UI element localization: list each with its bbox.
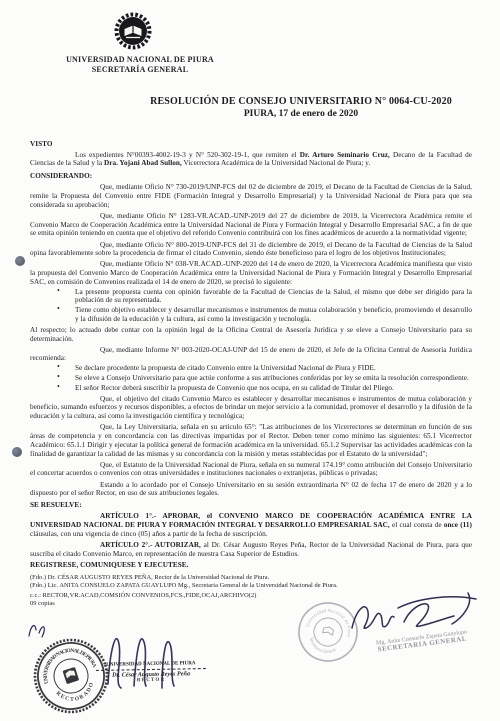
bullet-item: La presente propuesta cuenta con opinión… bbox=[30, 288, 472, 305]
bullet-item: El señor Rector deberá suscribir la prop… bbox=[30, 384, 472, 393]
considerando-paragraph: Que, mediante Oficio N° 1283-VR.ACAD.-UN… bbox=[30, 212, 472, 238]
considerando-paragraph: Que, la Ley Universitaria, señala en su … bbox=[30, 423, 472, 458]
seal-bottom-text: Secretaría General bbox=[306, 636, 339, 657]
university-logo-icon bbox=[112, 10, 154, 56]
letterhead: UNIVERSIDAD NACIONAL DE PIURA SECRETARÍA… bbox=[48, 55, 232, 74]
ink-dot-icon bbox=[12, 447, 22, 457]
considerando-paragraph: Que, el objetivo del citado Convenio Mar… bbox=[30, 395, 472, 421]
considerando-paragraph: Al respecto; lo actuado debe contar con … bbox=[30, 326, 472, 343]
handwritten-mark-icon bbox=[26, 620, 48, 640]
considerando-paragraph: Que, mediante Oficio N° 800-2019-UNP-FCS… bbox=[30, 241, 472, 258]
text-run: al Dr. César Augusto Reyes Peña, Rector … bbox=[30, 541, 472, 558]
document-page: UNIVERSIDAD NACIONAL DE PIURA SECRETARÍA… bbox=[0, 0, 500, 721]
considerando-paragraph: Que, mediante Informe N° 003-2020-OCAJ-U… bbox=[30, 346, 472, 363]
ink-dot-icon bbox=[15, 256, 25, 266]
fdo-rector: (Fdo.) Dr. CÉSAR AUGUSTO REYES PEÑA, Rec… bbox=[30, 574, 472, 582]
registrese-line: REGISTRESE, COMUNIQUESE Y EJECUTESE. bbox=[30, 561, 472, 570]
bullet-item: Tiene como objetivo establecer y desarro… bbox=[30, 306, 472, 323]
resuelve-heading: SE RESUELVE: bbox=[30, 501, 472, 510]
articulo-2-paragraph: ARTÍCULO 2°.- AUTORIZAR, al Dr. César Au… bbox=[30, 541, 472, 558]
bullet-item: Se declare procedente la propuesta de ci… bbox=[30, 364, 472, 373]
stamp-org: UNIVERSIDAD NACIONAL DE PIURA bbox=[93, 660, 209, 668]
considerando-heading: CONSIDERANDO: bbox=[30, 172, 472, 181]
resolution-title-block: RESOLUCIÓN DE CONSEJO UNIVERSITARIO N° 0… bbox=[128, 96, 474, 120]
resolution-number: RESOLUCIÓN DE CONSEJO UNIVERSITARIO N° 0… bbox=[128, 96, 474, 108]
considerando-paragraph: Estando a lo acordado por el Consejo Uni… bbox=[30, 481, 472, 498]
document-body: VISTO Los expedientes N°00393-4002-19-3 … bbox=[30, 137, 472, 608]
org-name: UNIVERSIDAD NACIONAL DE PIURA bbox=[48, 55, 232, 65]
considerando-paragraph: Que, mediante Oficio N° 730-2019/UNP-FCS… bbox=[30, 183, 472, 209]
considerando-paragraph: Que, el Estatuto de la Universidad Nacio… bbox=[30, 461, 472, 478]
visto-paragraph: Los expedientes N°00393-4002-19-3 y N° 5… bbox=[30, 151, 472, 168]
svg-text:Secretaría General: Secretaría General bbox=[306, 636, 339, 657]
bullet-item: Se eleve a Consejo Universitario para qu… bbox=[30, 374, 472, 383]
visto-heading: VISTO bbox=[30, 140, 472, 149]
rector-stamp: UNIVERSIDAD NACIONAL DE PIURA Dr. César … bbox=[90, 660, 212, 684]
articulo-2-label: ARTÍCULO 2°.- AUTORIZAR, bbox=[100, 541, 201, 549]
text-run: Los expedientes N°00393-4002-19-3 y N° 5… bbox=[75, 151, 300, 159]
text-run: once (11) bbox=[444, 521, 472, 529]
considerando-paragraph: Que, mediante Oficio N° 038-VR.ACAD.-UNP… bbox=[30, 260, 472, 286]
person-name: Dr. Arturo Seminario Cruz, bbox=[300, 151, 390, 159]
text-run: cláusulas, con una vigencia de cinco (05… bbox=[30, 530, 268, 538]
articulo-1-paragraph: ARTÍCULO 1°.- APROBAR, el CONVENIO MARCO… bbox=[30, 512, 472, 538]
org-unit: SECRETARÍA GENERAL bbox=[48, 65, 232, 75]
person-name: Dra. Yojani Abad Sullon, bbox=[104, 159, 182, 167]
text-run: el cual consta de bbox=[392, 521, 444, 529]
resolution-date: PIURA, 17 de enero de 2020 bbox=[128, 108, 474, 120]
text-run: Vicerrectora Académica de la Universidad… bbox=[182, 159, 371, 167]
